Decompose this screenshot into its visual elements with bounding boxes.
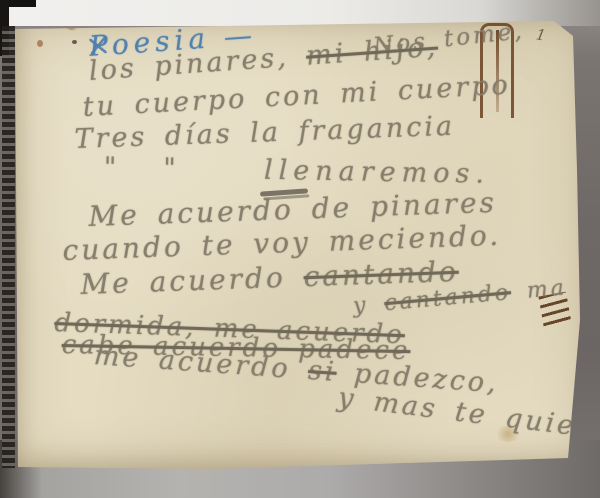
handwriting-segment: " " llenaremos. bbox=[103, 152, 490, 190]
handwriting-segment: los pinares, bbox=[88, 41, 307, 87]
handwriting-segment-struck: mi hijo, bbox=[305, 32, 439, 72]
handwriting-segment-struck: si bbox=[307, 355, 338, 388]
notebook-perforated-edge bbox=[2, 26, 15, 468]
manuscript-page: 1 Poesia — Nos tome,los pinares, mi hijo… bbox=[10, 20, 590, 472]
handwriting-segment: ma bbox=[510, 275, 568, 305]
handwriting-segment: Me acuerdo bbox=[80, 260, 304, 301]
handwriting-line: " " llenaremos. bbox=[103, 152, 490, 190]
scanned-manuscript: 1 Poesia — Nos tome,los pinares, mi hijo… bbox=[0, 0, 600, 498]
handwriting-layer: Nos tome,los pinares, mi hijo,tu cuerpo … bbox=[10, 20, 590, 472]
handwriting-segment: y bbox=[352, 291, 385, 319]
